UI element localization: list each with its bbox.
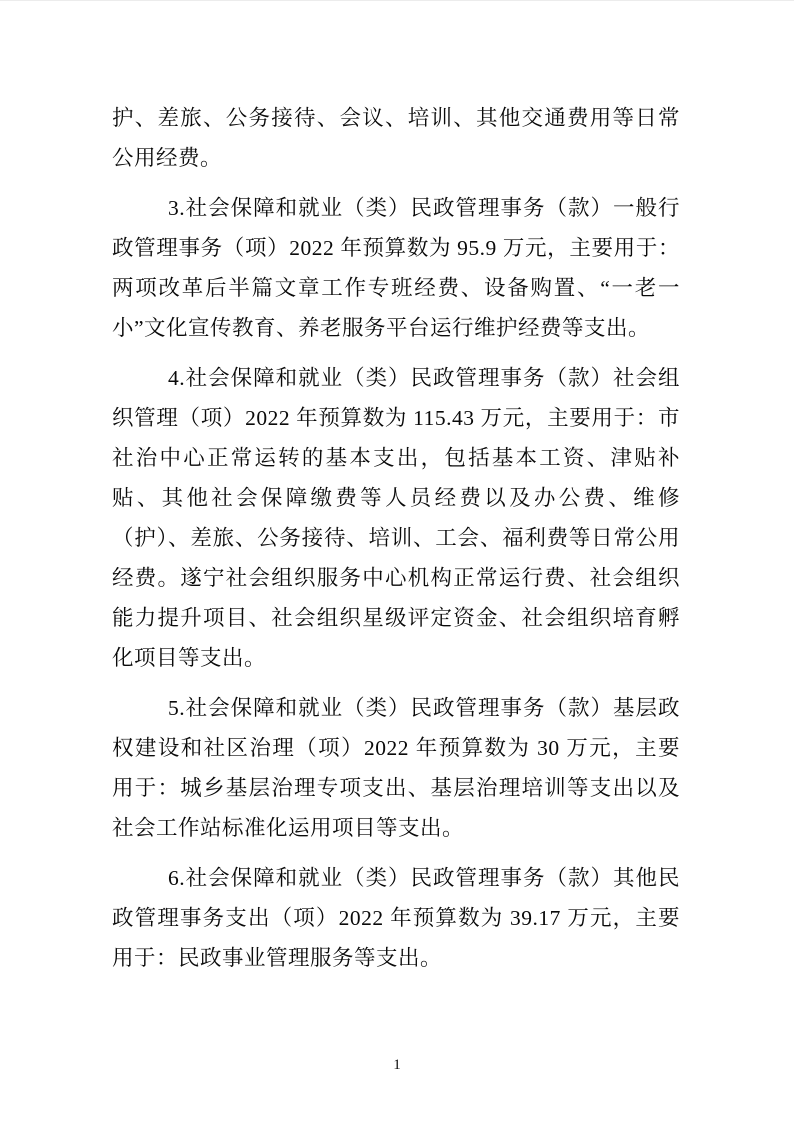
document-page: 护、差旅、公务接待、会议、培训、其他交通费用等日常公用经费。 3.社会保障和就业…: [0, 0, 794, 1122]
paragraph-item-6: 6.社会保障和就业（类）民政管理事务（款）其他民政管理事务支出（项）2022 年…: [112, 858, 680, 978]
document-body: 护、差旅、公务接待、会议、培训、其他交通费用等日常公用经费。 3.社会保障和就业…: [112, 98, 680, 988]
page-number: 1: [0, 1056, 794, 1074]
paragraph-continuation: 护、差旅、公务接待、会议、培训、其他交通费用等日常公用经费。: [112, 98, 680, 178]
paragraph-item-3: 3.社会保障和就业（类）民政管理事务（款）一般行政管理事务（项）2022 年预算…: [112, 188, 680, 348]
paragraph-item-4: 4.社会保障和就业（类）民政管理事务（款）社会组织管理（项）2022 年预算数为…: [112, 358, 680, 678]
paragraph-item-5: 5.社会保障和就业（类）民政管理事务（款）基层政权建设和社区治理（项）2022 …: [112, 688, 680, 848]
